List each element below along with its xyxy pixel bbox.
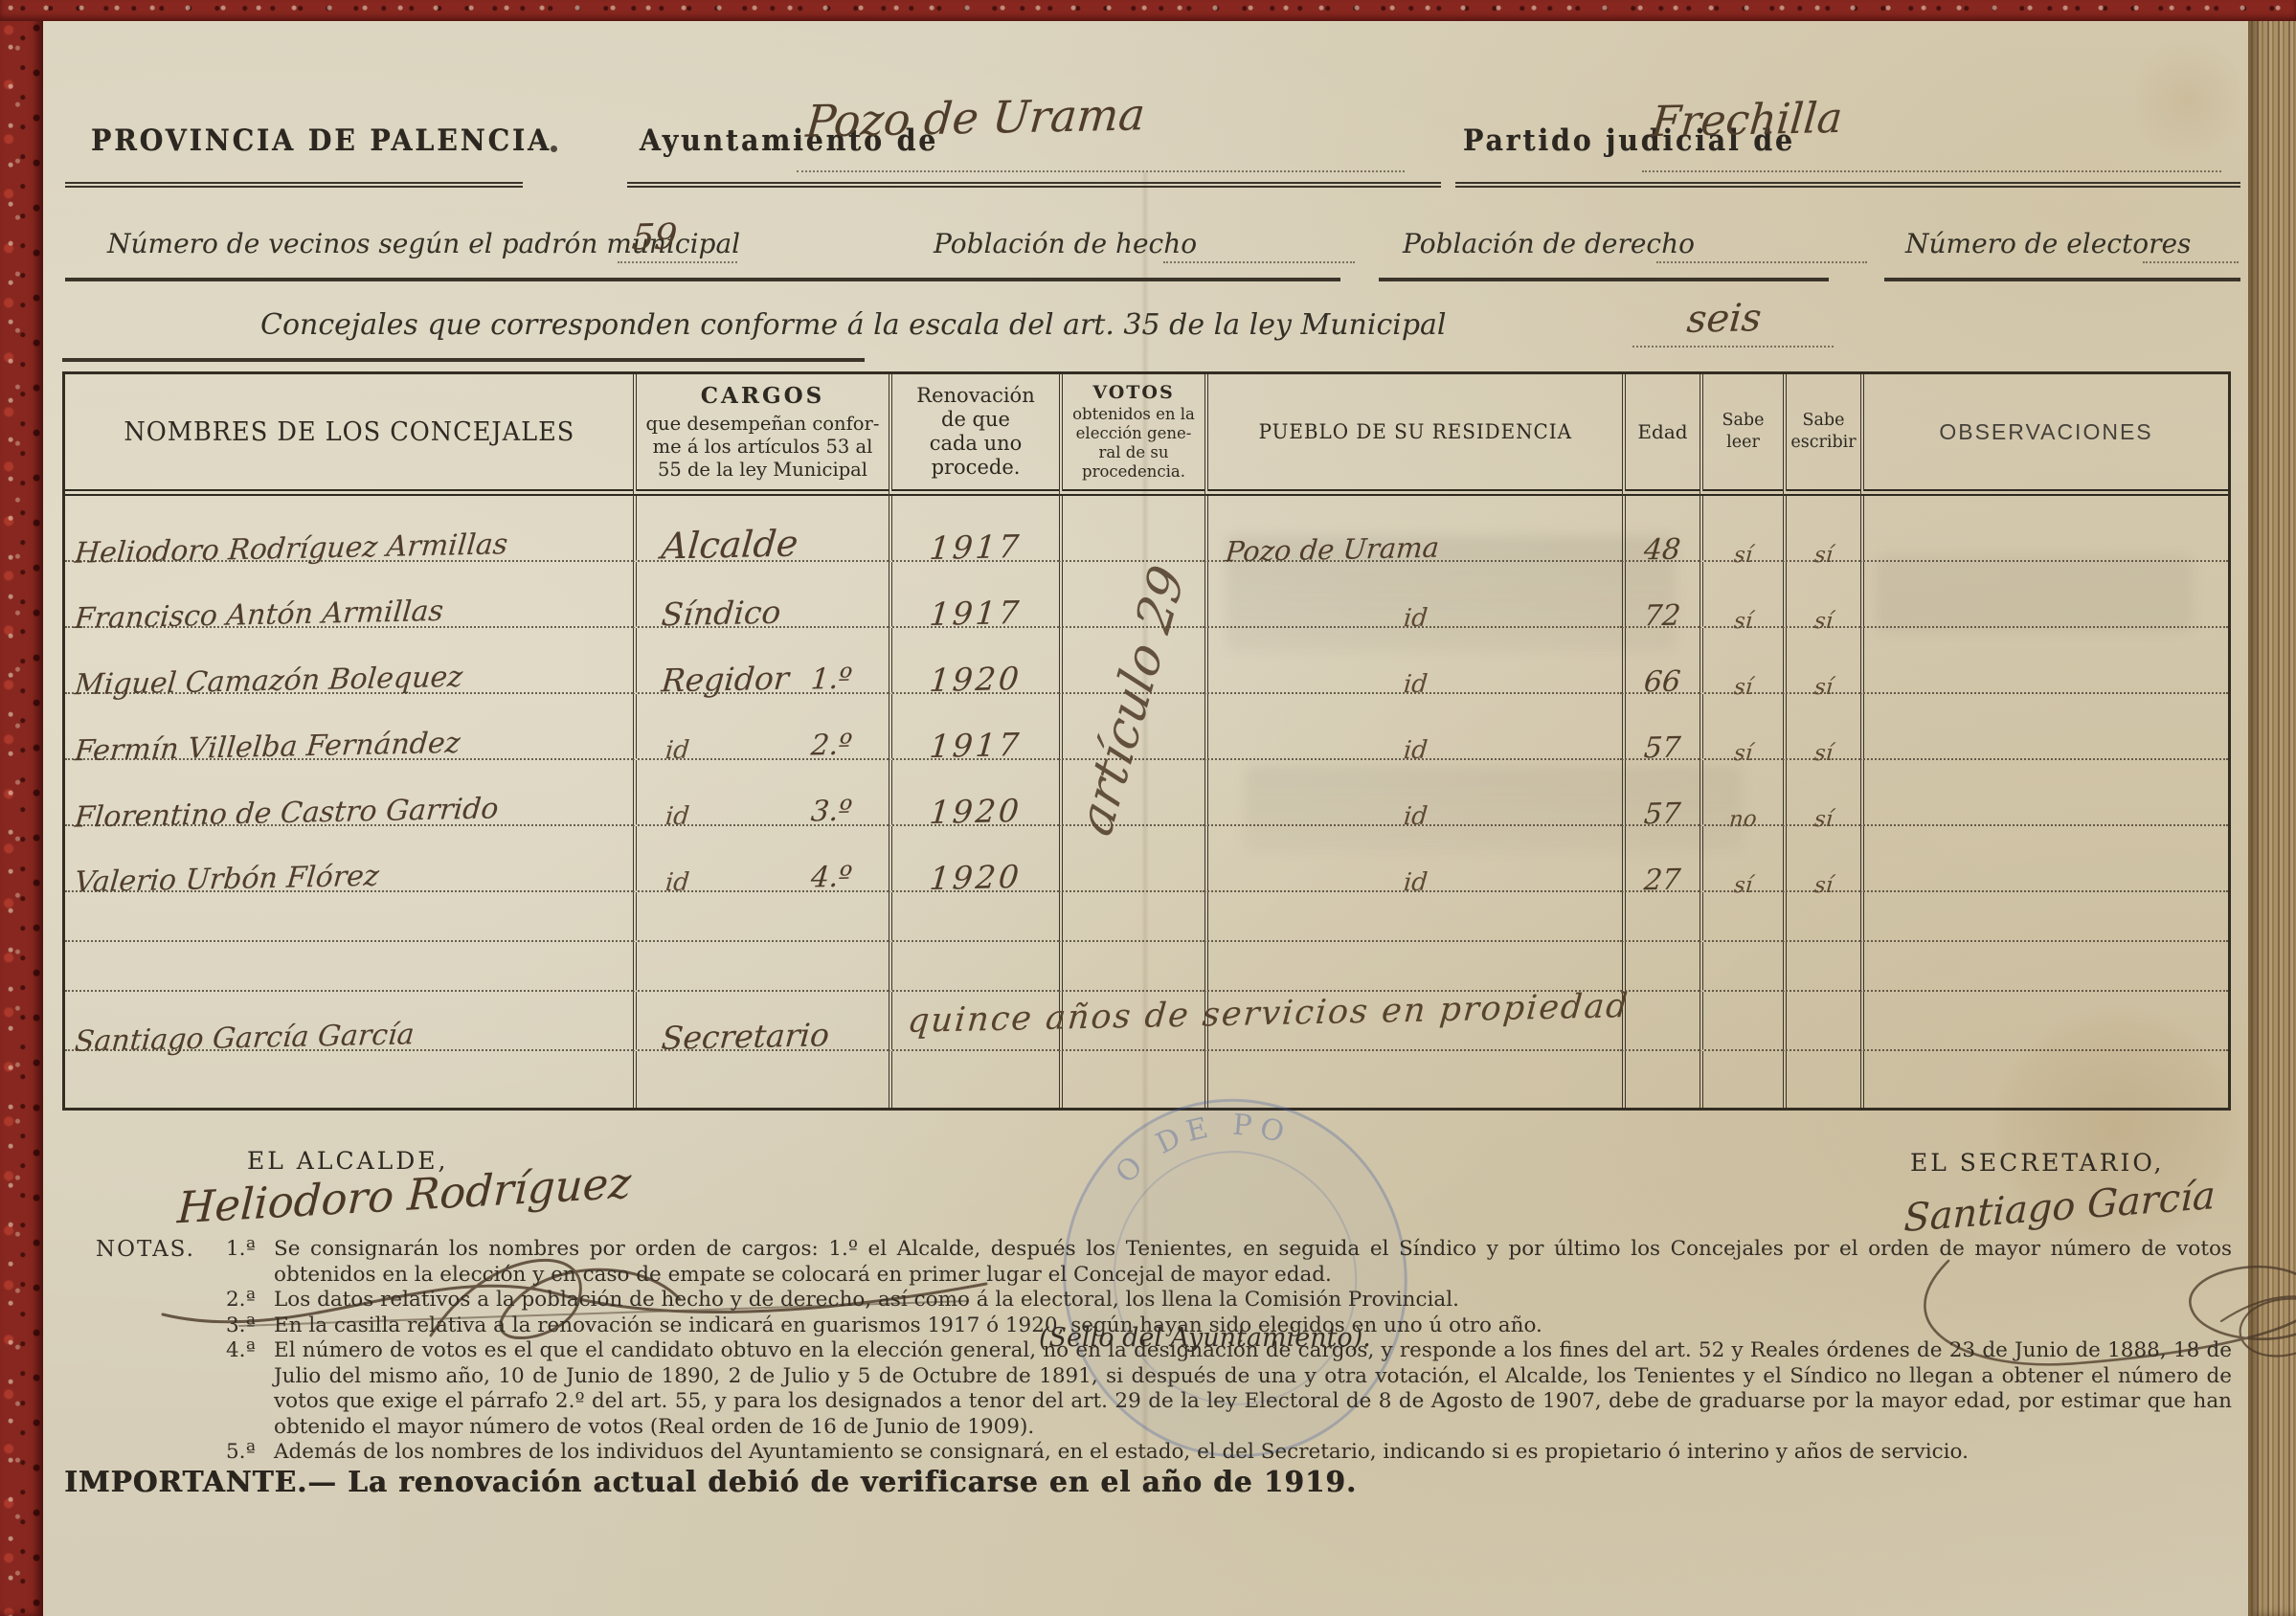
handwritten-renovacion: 1917 <box>928 527 1023 567</box>
dotted-leader <box>1656 260 1867 263</box>
table-cell-cargo: Regidor1.º <box>633 628 889 694</box>
note-item: NOTAS. 1.ª Se consignarán los nombres po… <box>96 1237 2236 1288</box>
handwritten-renovacion: 1920 <box>928 660 1023 699</box>
notes-title: NOTAS. <box>96 1237 199 1263</box>
col-header-cargos-sub: me á los artículos 53 al <box>653 436 873 459</box>
table-cell-observaciones <box>1860 628 2228 694</box>
dotted-leader <box>1642 169 2221 172</box>
col-header-pueblo-label: PUEBLO DE SU RESIDENCIA <box>1258 420 1571 443</box>
concejales-table: NOMBRES DE LOS CONCEJALES CARGOS que des… <box>62 371 2231 1111</box>
table-cell-pueblo: id <box>1204 826 1622 892</box>
partido-judicial-value-handwritten: Frechilla <box>1650 94 1844 146</box>
col-header-edad: Edad <box>1622 374 1699 496</box>
table-cell-sabe-leer: sí <box>1699 496 1783 562</box>
col-header-pueblo: PUEBLO DE SU RESIDENCIA <box>1204 374 1622 496</box>
concejales-value-handwritten: seis <box>1685 296 1763 342</box>
dotted-leader <box>2143 260 2239 263</box>
separator-dot <box>551 146 557 152</box>
table-cell-pueblo: id <box>1204 562 1622 628</box>
table-cell-empty <box>1860 892 2228 942</box>
col-header-renovacion-line: Renovación <box>916 384 1034 408</box>
handwritten-cargo-ordinal: 2.º <box>810 729 854 763</box>
col-header-sabe-escribir: Sabe escribir <box>1783 374 1860 496</box>
dotted-leader <box>1163 260 1355 263</box>
note-number: 1.ª <box>199 1237 274 1263</box>
note-number: 4.ª <box>199 1338 274 1364</box>
col-header-cargos: CARGOS que desempeñan confor- me á los a… <box>633 374 889 496</box>
secretario-label: EL SECRETARIO, <box>1910 1149 2164 1177</box>
col-header-votos-title: VOTOS <box>1092 382 1174 403</box>
table-cell-renovacion: 1920 <box>889 826 1059 892</box>
col-header-renovacion: Renovación de que cada uno procede. <box>889 374 1059 496</box>
table-cell-empty <box>1860 942 2228 992</box>
vecinos-value-handwritten: 59 <box>630 215 679 258</box>
col-header-sabe-leer: Sabe leer <box>1699 374 1783 496</box>
double-rule <box>1455 182 2240 188</box>
alcalde-signature: Heliodoro Rodríguez <box>176 1162 632 1229</box>
table-cell-sabe-escribir: sí <box>1783 760 1860 826</box>
note-text: En la casilla relativa a la renovación s… <box>274 1313 2236 1339</box>
table-cell-empty <box>889 1051 1059 1108</box>
col-header-cargos-title: CARGOS <box>701 383 825 409</box>
dotted-leader <box>618 260 737 263</box>
table-cell-renovacion: 1920 <box>889 760 1059 826</box>
table-cell-cargo: Síndico <box>633 562 889 628</box>
poblacion-derecho-label: Población de derecho <box>1403 228 1695 259</box>
col-header-nombres-label: NOMBRES DE LOS CONCEJALES <box>124 417 574 447</box>
table-cell-sabe-leer: no <box>1699 760 1783 826</box>
note-number: 3.ª <box>199 1313 274 1339</box>
col-header-nombres: NOMBRES DE LOS CONCEJALES <box>65 374 633 496</box>
heavy-rule <box>1379 278 1829 281</box>
table-cell-empty <box>1622 892 1699 942</box>
table-cell-pueblo: id <box>1204 628 1622 694</box>
heavy-rule <box>62 358 865 362</box>
importante-text: La renovación actual debió de verificars… <box>348 1465 1357 1498</box>
table-cell-empty <box>1699 892 1783 942</box>
table-cell-observaciones <box>1860 760 2228 826</box>
table-cell-empty <box>65 1051 633 1108</box>
col-header-votos-sub: obtenidos en la <box>1072 405 1195 424</box>
table-cell-observaciones <box>1860 826 2228 892</box>
table-cell-empty <box>1860 1051 2228 1108</box>
table-cell-empty <box>1699 942 1783 992</box>
col-header-edad-label: Edad <box>1637 420 1687 443</box>
table-cell-sabe-leer: sí <box>1699 826 1783 892</box>
table-cell-secretary-name: Santiago García García <box>65 992 633 1051</box>
table-cell-sabe-escribir: sí <box>1783 694 1860 760</box>
table-cell-name: Fermín Villelba Fernández <box>65 694 633 760</box>
table-cell-name: Florentino de Castro Garrido <box>65 760 633 826</box>
table-cell-observaciones <box>1860 694 2228 760</box>
handwritten-cargo: Alcalde <box>660 522 799 567</box>
notes-block: NOTAS. 1.ª Se consignarán los nombres po… <box>96 1237 2236 1494</box>
concejales-escala-label: Concejales que corresponden conforme á l… <box>260 308 1447 342</box>
poblacion-hecho-label: Población de hecho <box>934 228 1197 259</box>
table-cell-empty <box>1699 992 1783 1051</box>
table-cell-sabe-escribir: sí <box>1783 826 1860 892</box>
secretary-service-note: quince años de servicios en propiedad <box>908 995 1630 1033</box>
table-cell-renovacion: 1917 <box>889 562 1059 628</box>
handwritten-cargo-ordinal: 1.º <box>810 662 854 697</box>
table-cell-cargo: id4.º <box>633 826 889 892</box>
note-number: 5.ª <box>199 1440 274 1466</box>
province-title: PROVINCIA DE PALENCIA <box>91 123 551 158</box>
table-cell-sabe-leer: sí <box>1699 694 1783 760</box>
heavy-rule <box>1884 278 2240 281</box>
handwritten-renovacion: 1917 <box>928 594 1023 633</box>
table-cell-edad: 27 <box>1622 826 1699 892</box>
note-text: Además de los nombres de los individuos … <box>274 1440 2236 1466</box>
table-cell-name: Heliodoro Rodríguez Armillas <box>65 496 633 562</box>
table-cell-empty <box>1860 992 2228 1051</box>
table-cell-renovacion: 1917 <box>889 694 1059 760</box>
table-cell-empty <box>1622 992 1699 1051</box>
table-cell-sabe-leer: sí <box>1699 562 1783 628</box>
col-header-observaciones: OBSERVACIONES <box>1860 374 2228 496</box>
col-header-renovacion-line: cada uno <box>930 432 1023 456</box>
col-header-sabe-leer-line: Sabe <box>1722 410 1765 432</box>
table-cell-empty <box>1622 942 1699 992</box>
table-cell-name: Valerio Urbón Flórez <box>65 826 633 892</box>
table-cell-renovacion: 1920 <box>889 628 1059 694</box>
note-item: 3.ª En la casilla relativa a la renovaci… <box>96 1313 2236 1339</box>
note-text: El número de votos es el que el candidat… <box>274 1338 2236 1440</box>
table-cell-edad: 72 <box>1622 562 1699 628</box>
table-cell-empty <box>633 942 889 992</box>
table-cell-sabe-leer: sí <box>1699 628 1783 694</box>
note-number: 2.ª <box>199 1288 274 1313</box>
table-cell-empty <box>1059 942 1204 992</box>
importante-label: IMPORTANTE.— <box>64 1465 337 1498</box>
scanned-municipal-form: PROVINCIA DE PALENCIA Ayuntamiento de Po… <box>0 0 2296 1616</box>
table-cell-sabe-escribir: sí <box>1783 496 1860 562</box>
col-header-sabe-escribir-line: Sabe <box>1803 410 1845 432</box>
table-cell-edad: 57 <box>1622 694 1699 760</box>
col-header-renovacion-line: procede. <box>932 456 1021 480</box>
table-cell-cargo: Alcalde <box>633 496 889 562</box>
table-cell-sabe-escribir: sí <box>1783 562 1860 628</box>
note-text: Se consignarán los nombres por orden de … <box>274 1237 2236 1288</box>
table-cell-empty <box>633 892 889 942</box>
table-cell-empty <box>1204 892 1622 942</box>
handwritten-cargo-ordinal: 3.º <box>810 795 854 829</box>
table-cell-empty <box>1783 992 1860 1051</box>
double-rule <box>627 182 1441 188</box>
table-cell-name: Francisco Antón Armillas <box>65 562 633 628</box>
table-cell-sabe-escribir: sí <box>1783 628 1860 694</box>
table-cell-empty <box>1204 942 1622 992</box>
table-cell-empty <box>1783 892 1860 942</box>
col-header-sabe-escribir-line: escribir <box>1790 432 1856 454</box>
table-cell-edad: 48 <box>1622 496 1699 562</box>
table-cell-cargo: id3.º <box>633 760 889 826</box>
col-header-sabe-leer-line: leer <box>1726 432 1760 454</box>
importante-line: IMPORTANTE.— La renovación actual debió … <box>64 1470 2236 1495</box>
table-cell-observaciones <box>1860 496 2228 562</box>
col-header-cargos-sub: 55 de la ley Municipal <box>658 459 867 482</box>
table-cell-empty <box>1783 1051 1860 1108</box>
handwritten-cargo-ordinal: 4.º <box>810 861 854 895</box>
col-header-cargos-sub: que desempeñan confor- <box>646 413 880 436</box>
col-header-observaciones-label: OBSERVACIONES <box>1939 419 2152 445</box>
handwritten-renovacion: 1920 <box>928 858 1023 897</box>
table-cell-edad: 57 <box>1622 760 1699 826</box>
table-cell-cargo: id2.º <box>633 694 889 760</box>
ayuntamiento-value-handwritten: Pozo de Urama <box>804 88 1147 147</box>
table-cell-empty <box>1622 1051 1699 1108</box>
table-cell-secretary-cargo: Secretario <box>633 992 889 1051</box>
col-header-votos-sub: ral de su <box>1099 443 1169 462</box>
table-cell-empty <box>633 1051 889 1108</box>
table-cell-name: Miguel Camazón Bolequez <box>65 628 633 694</box>
dotted-leader <box>797 169 1405 172</box>
table-cell-empty <box>65 942 633 992</box>
votos-annotation-rotated: artículo 29 <box>1059 501 1204 901</box>
table-cell-empty <box>889 942 1059 992</box>
col-header-renovacion-line: de que <box>941 408 1010 432</box>
note-text: Los datos relativos a la población de he… <box>274 1288 2236 1313</box>
electores-label: Número de electores <box>1905 228 2191 259</box>
heavy-rule <box>65 278 1340 281</box>
table-cell-pueblo: Pozo de Urama <box>1204 496 1622 562</box>
table-cell-pueblo: id <box>1204 760 1622 826</box>
col-header-votos-sub: procedencia. <box>1082 462 1185 482</box>
table-cell-edad: 66 <box>1622 628 1699 694</box>
table-cell-observaciones <box>1860 562 2228 628</box>
dotted-leader <box>1632 345 1834 348</box>
double-rule <box>65 182 523 188</box>
note-item: 2.ª Los datos relativos a la población d… <box>96 1288 2236 1313</box>
col-header-votos-sub: elección gene- <box>1076 424 1192 443</box>
col-header-votos: VOTOS obtenidos en la elección gene- ral… <box>1059 374 1204 496</box>
handwritten-renovacion: 1920 <box>928 792 1023 831</box>
table-cell-empty <box>65 892 633 942</box>
note-item: 4.ª El número de votos es el que el cand… <box>96 1338 2236 1440</box>
note-item: 5.ª Además de los nombres de los individ… <box>96 1440 2236 1466</box>
table-cell-renovacion: 1917 <box>889 496 1059 562</box>
table-cell-empty <box>1699 1051 1783 1108</box>
table-cell-empty <box>1783 942 1860 992</box>
table-cell-pueblo: id <box>1204 694 1622 760</box>
table-cell-empty <box>889 892 1059 942</box>
handwritten-renovacion: 1917 <box>928 726 1023 765</box>
